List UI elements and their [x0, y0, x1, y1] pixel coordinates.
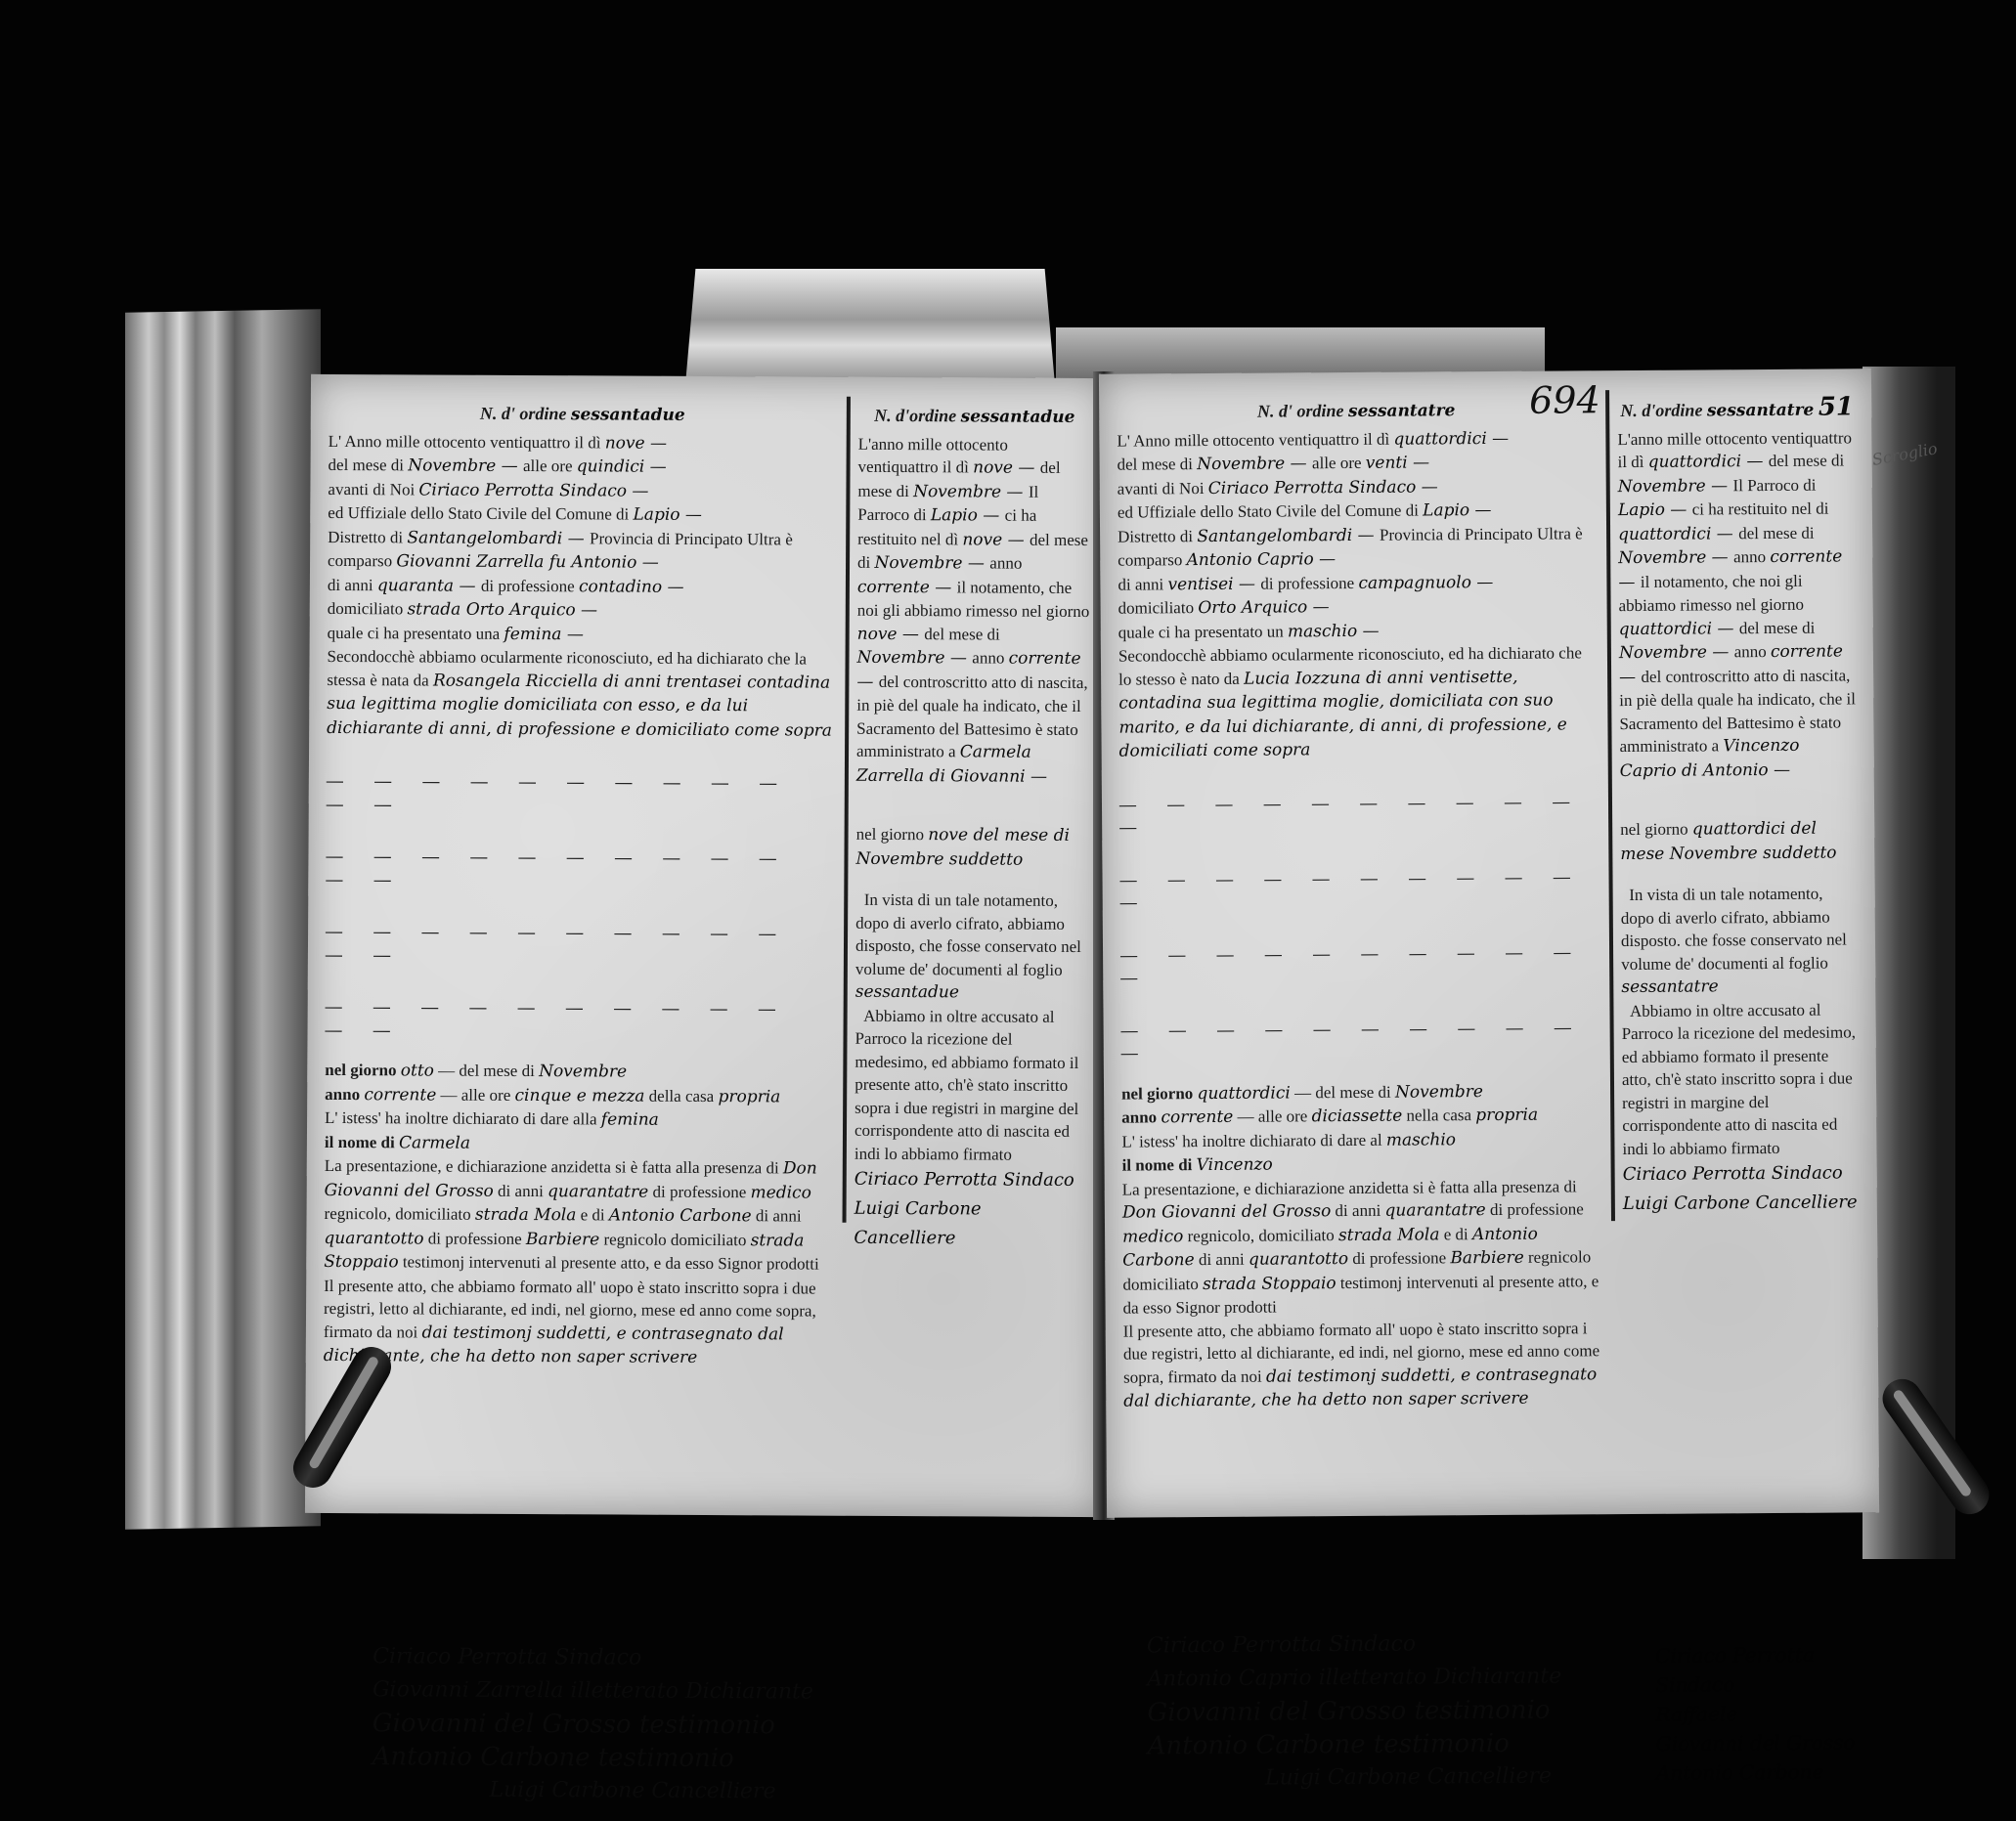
printed-text: quale ci ha presentato una — [328, 623, 504, 642]
dash-filler: — — — — — — — — — — — — — [326, 845, 834, 893]
printed-text: del mese di — [924, 625, 1000, 643]
entry-line: quale ci ha presentato un maschio — — [1118, 618, 1598, 645]
printed-text: Distretto di — [328, 527, 407, 545]
entry-line: di anni quaranta — di professione contad… — [328, 573, 836, 599]
folio-number: 51 — [1819, 392, 1854, 421]
dash-filler: — — — — — — — — — — — — [1119, 865, 1599, 914]
handwritten-text: venti — — [1366, 453, 1429, 472]
entry-line: avanti di Noi Ciriaco Perrotta Sindaco — — [328, 477, 836, 503]
printed-text: L' Anno mille ottocento ventiquattro il … — [1117, 429, 1393, 450]
dash-filler: — — — — — — — — — — — — [1119, 790, 1599, 839]
order-header: N. d' ordine sessantatre — [1117, 398, 1596, 425]
dash-filler: — — — — — — — — — — — — [1121, 1016, 1600, 1064]
handwritten-text: Lapio — — [633, 505, 701, 525]
closing-text: Il presente atto, che abbiamo formato al… — [1123, 1317, 1603, 1413]
signature: Antonio Caprio illetterato Dichiarante — [1147, 1660, 1694, 1697]
signature: Luigi Carbone Cancelliere — [372, 1773, 919, 1809]
bleed-line: Raffaele — [1655, 1698, 1880, 1729]
entry-line: L' Anno mille ottocento ventiquattro il … — [1117, 426, 1596, 454]
handwritten-text: Antonio Caprio — — [1187, 549, 1337, 570]
entry-line: domiciliato strada Orto Arquico — — [328, 597, 836, 624]
handwritten-text: quattordici — — [1618, 524, 1738, 544]
handwritten-text: Giovanni Zarrella fu Antonio — — [396, 551, 658, 572]
handwritten-text: quattordici — — [1619, 619, 1739, 639]
bleed-line: Ciriaco Perrotta Sindaco — [1655, 1639, 1880, 1700]
printed-text: anno — [989, 554, 1022, 573]
handwritten-text: Novembre — — [913, 482, 1029, 502]
handwritten-text: Novembre — — [1618, 547, 1733, 568]
printed-text: di professione — [1260, 573, 1358, 592]
side-entry-text: L'anno mille ottocento ventiquattro il d… — [856, 432, 1091, 789]
entry-line: del mese di Novembre — alle ore venti — — [1117, 450, 1596, 477]
entry-line: L' Anno mille ottocento ventiquattro il … — [329, 429, 837, 455]
handwritten-text: contadino — — [579, 577, 684, 597]
handwritten-text: campagnuolo — — [1358, 572, 1493, 592]
right-page: 694 N. d' ordine sessantatre L' Anno mil… — [1099, 369, 1879, 1517]
signature: Antonio Carbone testimonio — [1148, 1726, 1695, 1763]
handwritten-text: Ciriaco Perrotta Sindaco — — [1208, 477, 1438, 499]
handwritten-text: nove — — [857, 624, 925, 643]
witness-details: La presentazione, e dichiarazione anzide… — [1122, 1175, 1602, 1320]
handwritten-text: quattordici — — [1648, 452, 1769, 472]
side-signature: Ciriaco Perrotta Sindaco — [855, 1165, 1087, 1195]
handwritten-text: nove — — [973, 457, 1040, 477]
handwritten-text: Orto Arquico — — [1198, 597, 1330, 618]
side-entry-text: L'anno mille ottocento ventiquattro il d… — [1617, 426, 1860, 783]
entry-line: Distretto di Santangelombardi — Provinci… — [1118, 522, 1597, 573]
entry-line: quale ci ha presentato una femina — — [328, 621, 836, 647]
child-name: Carmela — [399, 1133, 470, 1152]
handwritten-text: Novembre — — [1197, 454, 1312, 474]
printed-text: del mese di — [1738, 523, 1815, 542]
handwritten-text: Ciriaco Perrotta Sindaco — — [418, 480, 648, 500]
bleed-line: Antonio Carbone — [1656, 1756, 1881, 1788]
right-side-entry: N. d'ordine sessantatre 51 L'anno mille … — [1617, 396, 1863, 1219]
view-text: In vista di un tale notamento, dopo di a… — [855, 889, 1089, 1006]
column-rule — [843, 397, 851, 1223]
recognition-text: Secondocchè abbiamo ocularmente riconosc… — [327, 645, 836, 743]
handwritten-text: Novembre — — [874, 553, 989, 574]
printed-text: del mese di — [329, 455, 409, 474]
printed-text: L' Anno mille ottocento ventiquattro il … — [329, 431, 605, 451]
witness-details: La presentazione, e dichiarazione anzide… — [324, 1154, 833, 1277]
book-edge-left — [125, 309, 321, 1529]
printed-text: anno — [1734, 642, 1771, 661]
accused-text: Abbiamo in oltre accusato al Parroco la … — [1621, 998, 1862, 1160]
entry-lines: L' Anno mille ottocento ventiquattro il … — [1117, 426, 1598, 645]
handwritten-text: Lapio — — [1423, 500, 1492, 520]
handwritten-text: nove — — [962, 530, 1030, 549]
child-name: Vincenzo — [1197, 1155, 1273, 1176]
signature: Ciriaco Perrotta Sindaco — [1147, 1626, 1694, 1664]
birth-details: nel giorno otto — del mese di Novembre a… — [325, 1059, 834, 1157]
left-main-entry: N. d' ordine sessantadue L' Anno mille o… — [324, 402, 837, 1370]
printed-text: ci ha restituito nel di — [1692, 499, 1829, 519]
printed-text: alle ore — [1312, 454, 1366, 472]
printed-text: di anni — [328, 575, 377, 593]
printed-text: domiciliato — [1118, 598, 1199, 618]
handwritten-text: ventisei — — [1167, 574, 1260, 594]
entry-line: domiciliato Orto Arquico — — [1118, 593, 1598, 621]
baptism-date: nel giorno quattordici del mese Novembre… — [1620, 816, 1860, 866]
printed-text: anno — [1733, 547, 1770, 566]
handwritten-text: strada Orto Arquico — — [407, 599, 597, 620]
signature: Luigi Carbone Cancelliere — [1148, 1759, 1695, 1797]
printed-text: di anni — [1118, 575, 1167, 593]
signature: Ciriaco Perrotta Sindaco — [373, 1640, 920, 1676]
handwritten-text: nove — — [605, 433, 667, 453]
printed-text: del mese di — [1739, 618, 1816, 637]
printed-text: Distretto di — [1118, 527, 1197, 546]
birth-details: nel giorno quattordici — del mese di Nov… — [1121, 1079, 1601, 1178]
left-page: N. d' ordine sessantadue L' Anno mille o… — [305, 374, 1108, 1517]
view-text: In vista di un tale notamento, dopo di a… — [1621, 882, 1862, 999]
printed-text: ed Uffiziale dello Stato Civile del Comu… — [328, 503, 633, 524]
printed-text: del mese di — [1769, 451, 1845, 470]
handwritten-text: maschio — — [1288, 621, 1380, 641]
printed-text: ed Uffiziale dello Stato Civile del Comu… — [1118, 500, 1423, 521]
entry-line: avanti di Noi Ciriaco Perrotta Sindaco — — [1118, 474, 1597, 501]
accused-text: Abbiamo in oltre accusato al Parroco la … — [855, 1004, 1088, 1166]
handwritten-text: Lapio — — [931, 505, 1005, 525]
entry-line: Distretto di Santangelombardi — Provinci… — [328, 525, 836, 576]
dash-filler: — — — — — — — — — — — — — [326, 920, 834, 969]
bleed-line: Giovanni del Grosso — [1656, 1727, 1881, 1758]
recognition-text: Secondocchè abbiamo ocularmente riconosc… — [1118, 641, 1599, 763]
printed-text: anno — [972, 648, 1008, 667]
printed-text: alle ore — [523, 456, 577, 475]
handwritten-text: Novembre — — [408, 455, 523, 476]
side-signature: Luigi Carbone Cancelliere — [1623, 1188, 1863, 1219]
signature: Giovanni Zarrella illetterato Dichiarant… — [373, 1673, 920, 1710]
order-number: sessantadue — [571, 405, 685, 425]
printed-text: Il Parroco di — [1732, 475, 1816, 495]
left-side-entry: N. d'ordine sessantadue L'anno mille ott… — [854, 405, 1091, 1254]
baptism-date: nel giorno nove del mese di Novembre sud… — [855, 823, 1088, 872]
handwritten-text: femina — — [504, 624, 584, 643]
right-signatures: Ciriaco Perrotta Sindaco Antonio Caprio … — [1147, 1626, 1695, 1797]
entry-lines: L' Anno mille ottocento ventiquattro il … — [328, 429, 837, 647]
dash-filler: — — — — — — — — — — — — [1120, 940, 1600, 989]
dash-filler: — — — — — — — — — — — — — [325, 995, 833, 1044]
printed-text: domiciliato — [328, 599, 408, 618]
handwritten-text: Santangelombardi — — [1197, 525, 1380, 545]
printed-text: avanti di Noi — [1118, 478, 1208, 498]
handwritten-text: Santangelombardi — — [407, 528, 590, 548]
printed-text: avanti di Noi — [328, 479, 418, 498]
printed-text: di professione — [481, 576, 579, 595]
printed-text: il notamento, che noi gli abbiamo rimess… — [1619, 571, 1804, 615]
side-signature: Luigi Carbone Cancelliere — [854, 1194, 1086, 1254]
right-main-entry: N. d' ordine sessantatre L' Anno mille o… — [1117, 398, 1602, 1413]
entry-line: di anni ventisei — di professione campag… — [1118, 570, 1597, 597]
handwritten-text: quindici — — [577, 456, 667, 476]
handwritten-text: Lapio — — [1618, 500, 1692, 521]
signature: Giovanni del Grosso testimonio — [1147, 1693, 1694, 1730]
handwritten-text: Novembre — — [1618, 476, 1733, 497]
handwritten-text: Novembre — — [856, 648, 972, 669]
closing-text: Il presente atto, che abbiamo formato al… — [324, 1274, 832, 1370]
dash-filler: — — — — — — — — — — — — — [327, 769, 835, 818]
signature: Antonio Carbone testimonio — [373, 1740, 920, 1776]
handwritten-text: corrente — — [857, 577, 957, 597]
entry-line: ed Uffiziale dello Stato Civile del Comu… — [1118, 498, 1597, 525]
entry-line: ed Uffiziale dello Stato Civile del Comu… — [328, 501, 836, 528]
column-rule — [1605, 390, 1615, 1221]
left-signatures: Ciriaco Perrotta Sindaco Giovanni Zarrel… — [372, 1640, 920, 1809]
signature: Giovanni del Grosso testimonio — [373, 1707, 920, 1743]
handwritten-text: quaranta — — [377, 576, 481, 596]
side-order-header: N. d'ordine sessantadue — [858, 405, 1091, 430]
handwritten-text: quattordici — — [1393, 428, 1509, 449]
bleed-through-text: Ciriaco Perrotta SindacoRaffaeleGiovanni… — [1655, 1639, 1881, 1788]
side-order-header: N. d'ordine sessantatre 51 — [1617, 396, 1857, 423]
printed-text: del mese di — [1118, 455, 1198, 474]
printed-text: quale ci ha presentato un — [1118, 622, 1288, 641]
order-header: N. d' ordine sessantadue — [329, 402, 837, 428]
side-signature: Ciriaco Perrotta Sindaco — [1623, 1158, 1863, 1190]
handwritten-text: Novembre — — [1619, 642, 1734, 663]
entry-line: del mese di Novembre — alle ore quindici… — [329, 454, 837, 480]
